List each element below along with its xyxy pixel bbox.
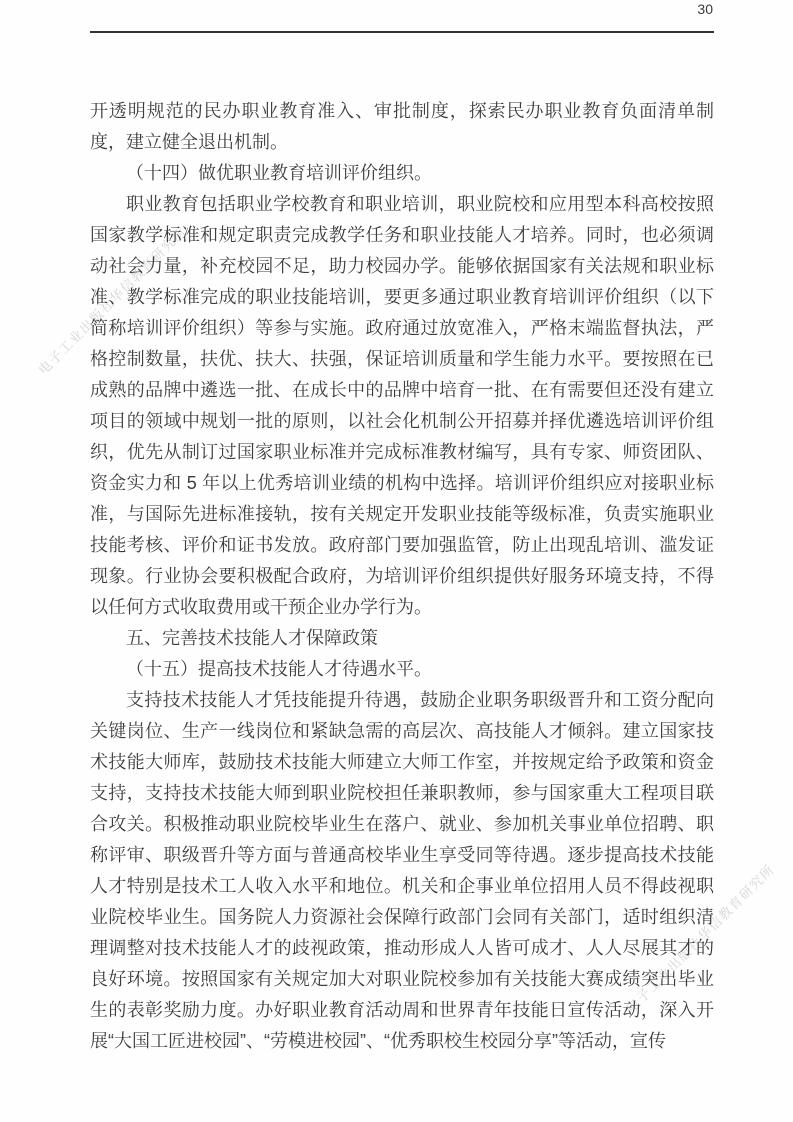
- document-body: 开透明规范的民办职业教育准入、审批制度，探索民办职业教育负面清单制度，建立健全退…: [90, 96, 714, 1057]
- paragraph: 开透明规范的民办职业教育准入、审批制度，探索民办职业教育负面清单制度，建立健全退…: [90, 96, 714, 158]
- paragraph: 支持技术技能人才凭技能提升待遇，鼓励企业职务职级晋升和工资分配向关键岗位、生产一…: [90, 685, 714, 1057]
- paragraph: （十四）做优职业教育培训评价组织。: [90, 158, 714, 189]
- document-page: 30 电子工业出版社华信教育研究所 电子工业出版社华信教育研究所 开透明规范的民…: [0, 0, 793, 1122]
- page-number: 30: [697, 1, 713, 17]
- header-rule: [90, 31, 714, 33]
- paragraph: 职业教育包括职业学校教育和职业培训，职业院校和应用型本科高校按照国家教学标准和规…: [90, 189, 714, 623]
- paragraph: （十五）提高技术技能人才待遇水平。: [90, 654, 714, 685]
- paragraph: 五、完善技术技能人才保障政策: [90, 623, 714, 654]
